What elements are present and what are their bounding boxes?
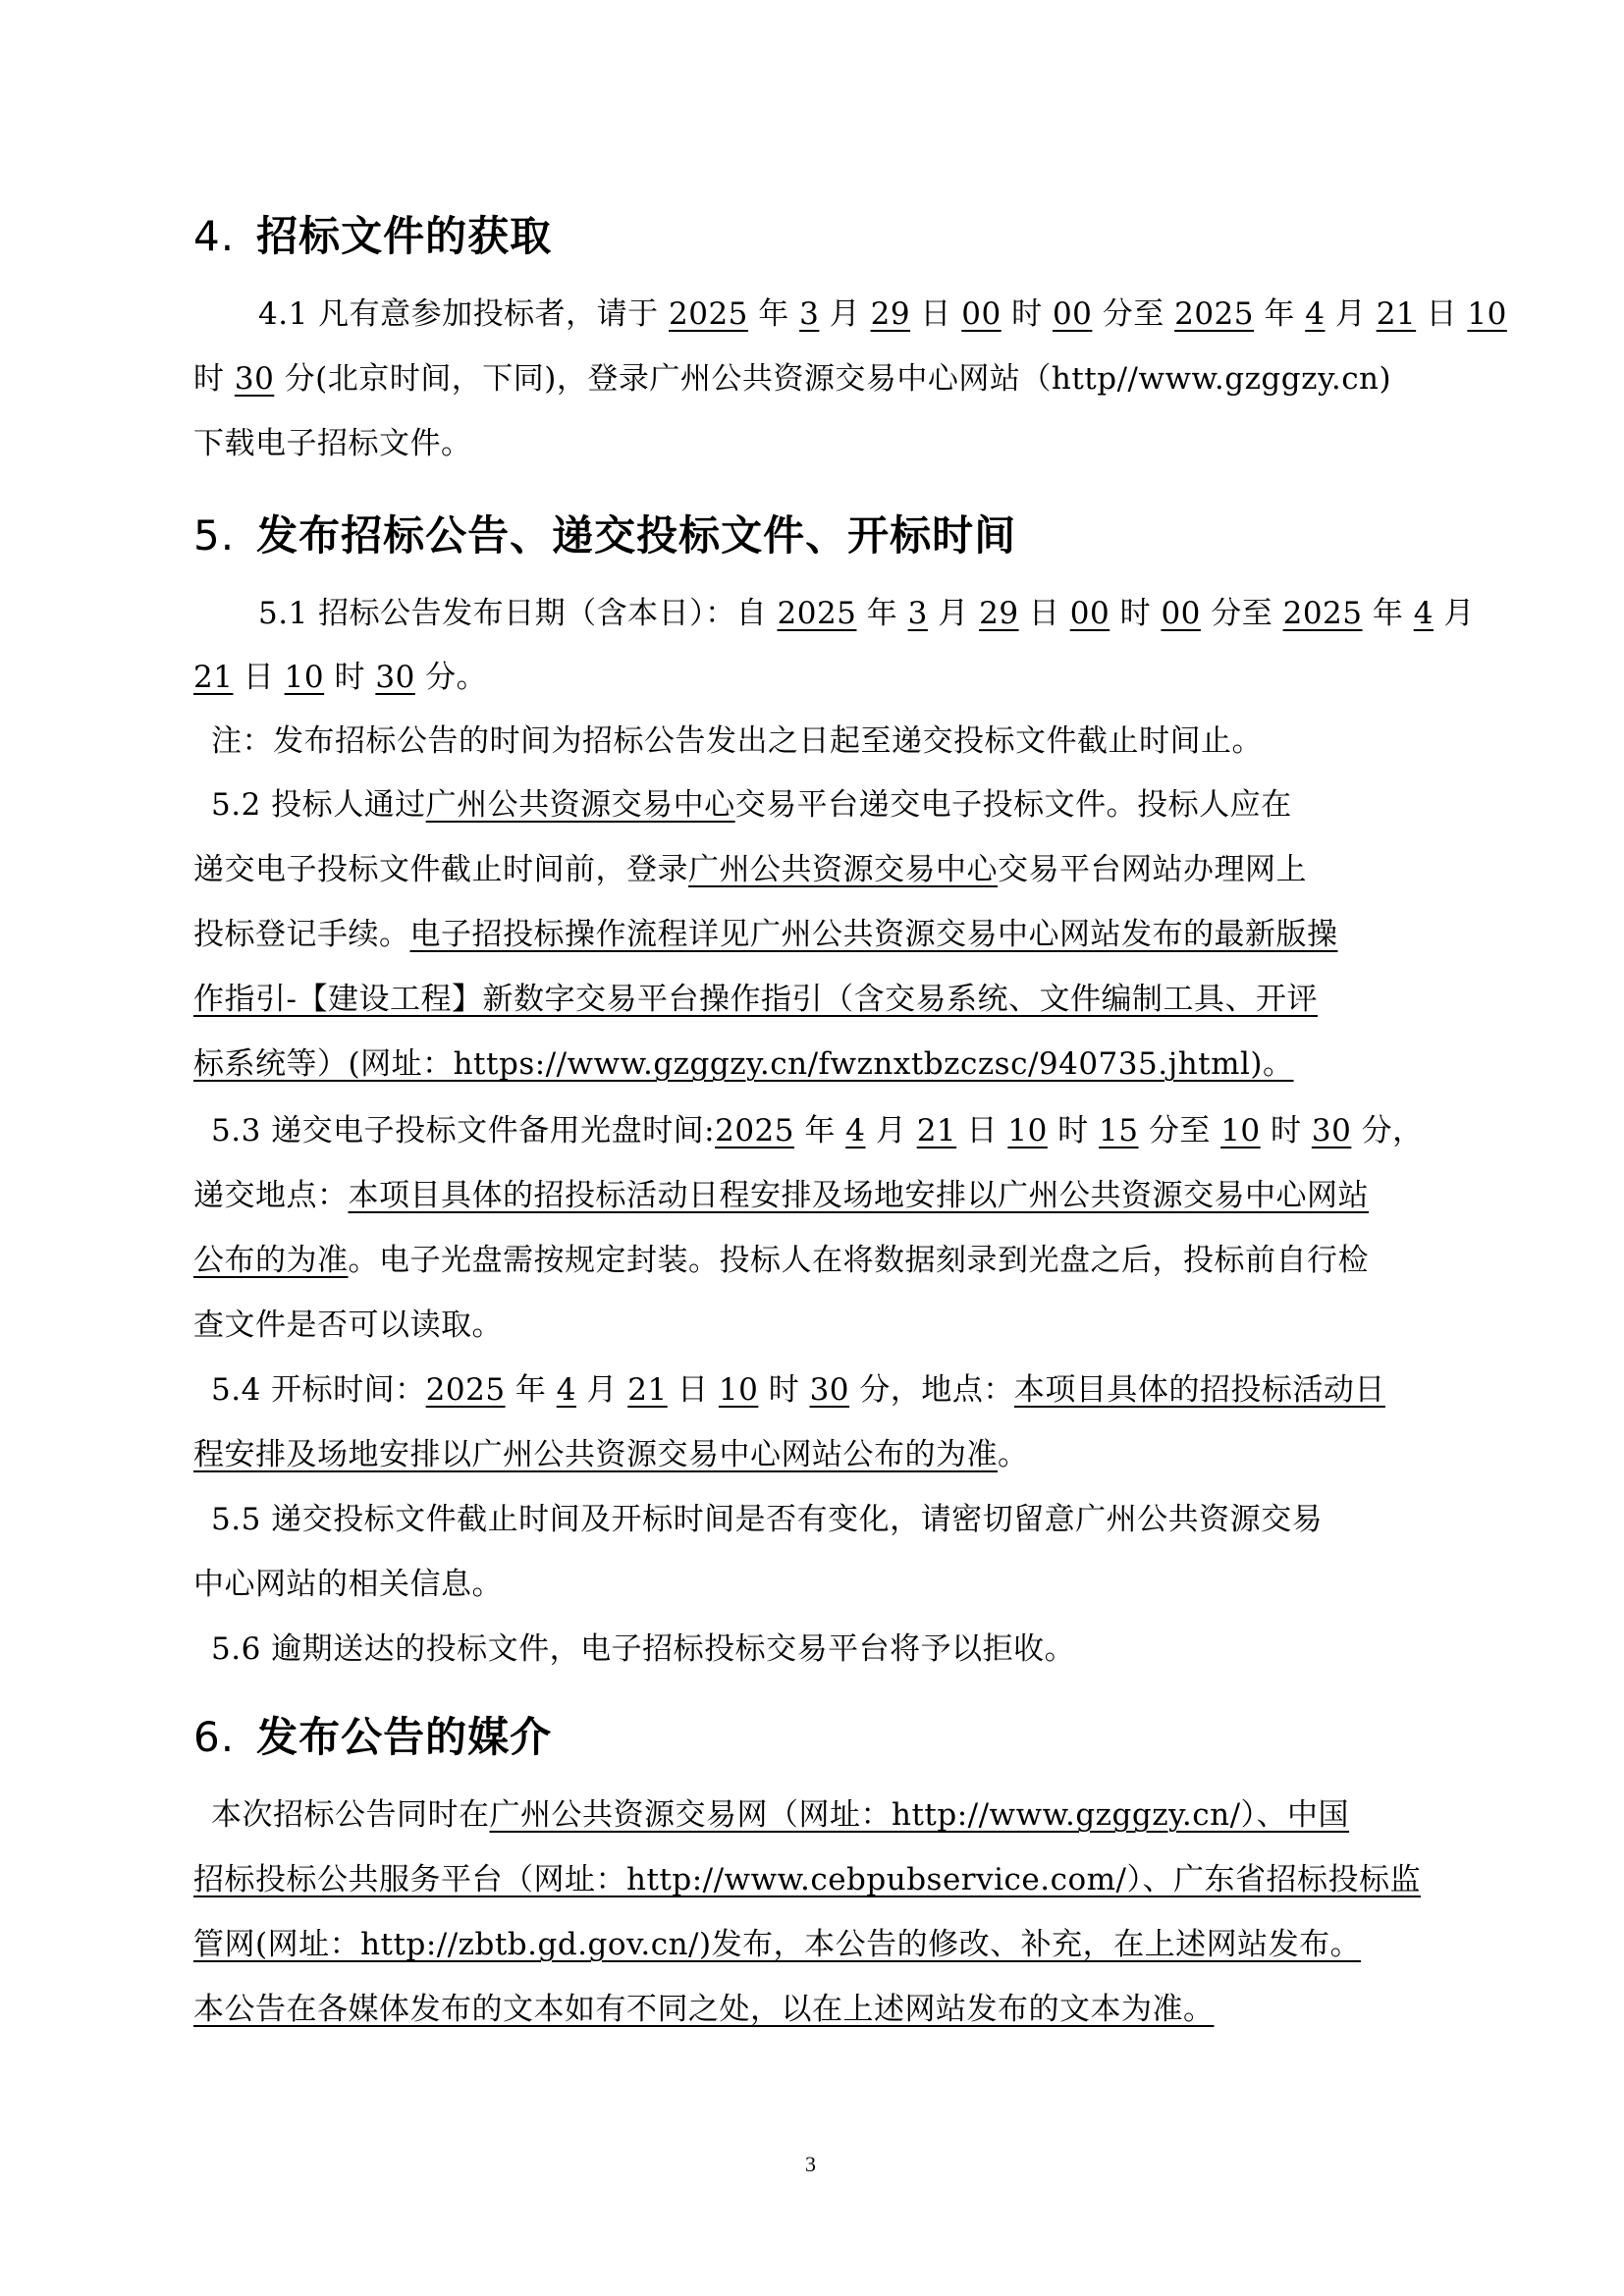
underlined-text: 2025	[669, 296, 748, 332]
text-segment: 。电子光盘需按规定封装。投标人在将数据刻录到光盘之后，投标前自行检	[349, 1243, 1370, 1278]
text-segment: 时	[1110, 596, 1161, 631]
underlined-text: 3	[908, 596, 928, 631]
text-segment: 5.4 开标时间：	[211, 1372, 426, 1408]
underlined-text: 管网(网址：http://zbtb.gd.gov.cn/)发布，本公告的修改、补…	[193, 1927, 1361, 1962]
text-segment: 月	[1434, 596, 1475, 631]
text-segment: 投标登记手续。	[193, 917, 410, 952]
text-segment: 月	[1325, 296, 1376, 332]
text-segment: 月	[819, 296, 870, 332]
underlined-text: 广州公共资源交易中心	[426, 787, 735, 823]
underlined-text: 21	[193, 660, 233, 695]
underlined-text: 公布的为准	[193, 1243, 349, 1278]
text-line: 招标投标公共服务平台（网址：http://www.cebpubservice.c…	[193, 1858, 1421, 1901]
text-segment: 时	[193, 361, 235, 397]
underlined-text: 2025	[715, 1113, 794, 1148]
text-segment: 日	[910, 296, 961, 332]
text-segment: 年	[748, 296, 799, 332]
underlined-text: 00	[961, 296, 1001, 332]
text-line: 递交地点：本项目具体的招投标活动日程安排及场地安排以广州公共资源交易中心网站	[193, 1174, 1369, 1217]
underlined-text: 10	[1467, 296, 1506, 332]
text-segment: 时	[1261, 1113, 1312, 1148]
text-segment: 年	[856, 596, 907, 631]
text-segment: 日	[668, 1372, 719, 1408]
underlined-text: 30	[1312, 1113, 1351, 1148]
text-segment: 5.6 逾期送达的投标文件，电子招标投标交易平台将予以拒收。	[211, 1631, 1075, 1667]
underlined-text: 30	[375, 660, 414, 695]
text-segment: 月	[928, 596, 979, 631]
text-segment: 时	[324, 660, 375, 695]
underlined-text: 广州公共资源交易中心	[688, 852, 998, 887]
text-segment: 5.5 递交投标文件截止时间及开标时间是否有变化，请密切留意广州公共资源交易	[211, 1502, 1323, 1537]
underlined-text: 4	[1414, 596, 1434, 631]
section-title: 发布招标公告、递交投标文件、开标时间	[256, 511, 1016, 560]
underlined-text: 4	[1305, 296, 1325, 332]
text-segment: 交易平台递交电子投标文件。投标人应在	[735, 787, 1292, 823]
underlined-text: 30	[810, 1372, 849, 1408]
underlined-text: 3	[799, 296, 819, 332]
page-number: 3	[805, 2152, 816, 2177]
text-line: 5.5 递交投标文件截止时间及开标时间是否有变化，请密切留意广州公共资源交易	[211, 1498, 1323, 1541]
underlined-text: 电子招投标操作流程详见广州公共资源交易中心网站发布的最新版操	[410, 917, 1338, 952]
underlined-text: 4	[845, 1113, 865, 1148]
underlined-text: 2025	[426, 1372, 506, 1408]
text-line: 递交电子投标文件截止时间前，登录广州公共资源交易中心交易平台网站办理网上	[193, 848, 1307, 891]
text-line: 注：发布招标公告的时间为招标公告发出之日起至递交投标文件截止时间止。	[211, 720, 1263, 763]
underlined-text: 本公告在各媒体发布的文本如有不同之处，以在上述网站发布的文本为准。	[193, 1992, 1215, 2027]
text-line: 本公告在各媒体发布的文本如有不同之处，以在上述网站发布的文本为准。	[193, 1988, 1215, 2031]
underlined-text: 30	[235, 361, 274, 397]
text-line: 投标登记手续。电子招投标操作流程详见广州公共资源交易中心网站发布的最新版操	[193, 913, 1338, 956]
text-segment: 年	[506, 1372, 557, 1408]
text-line: 中心网站的相关信息。	[193, 1563, 503, 1606]
text-segment: 时	[1048, 1113, 1099, 1148]
underlined-text: 4	[557, 1372, 576, 1408]
text-segment: 分。	[415, 660, 487, 695]
section-number: 5.	[193, 511, 235, 560]
text-segment: 分至	[1201, 596, 1283, 631]
section-number: 4.	[193, 212, 235, 260]
underlined-text: 10	[1220, 1113, 1260, 1148]
text-line: 查文件是否可以读取。	[193, 1304, 503, 1347]
text-segment: 分至	[1138, 1113, 1220, 1148]
underlined-text: 2025	[778, 596, 857, 631]
underlined-text: 标系统等）(网址：https://www.gzggzy.cn/fwznxtbzc…	[193, 1046, 1294, 1082]
text-line: 作指引-【建设工程】新数字交易平台操作指引（含交易系统、文件编制工具、开评	[193, 978, 1318, 1021]
underlined-text: 10	[719, 1372, 758, 1408]
underlined-text: 29	[979, 596, 1018, 631]
text-line: 5.3 递交电子投标文件备用光盘时间:2025 年 4 月 21 日 10 时 …	[211, 1109, 1424, 1152]
text-segment: 。	[998, 1437, 1029, 1472]
section-title: 招标文件的获取	[256, 212, 552, 260]
text-line: 管网(网址：http://zbtb.gd.gov.cn/)发布，本公告的修改、补…	[193, 1923, 1361, 1966]
underlined-text: 10	[1007, 1113, 1047, 1148]
text-segment: 日	[956, 1113, 1007, 1148]
text-segment: 5.1 招标公告发布日期（含本日）：自	[258, 596, 778, 631]
text-line: 标系统等）(网址：https://www.gzggzy.cn/fwznxtbzc…	[193, 1042, 1294, 1086]
text-segment: 日	[1416, 296, 1467, 332]
text-segment: 日	[233, 660, 284, 695]
text-segment: 年	[1254, 296, 1305, 332]
underlined-text: 21	[627, 1372, 667, 1408]
section-number: 6.	[193, 1713, 235, 1761]
text-segment: 年	[1363, 596, 1414, 631]
underlined-text: 29	[871, 296, 910, 332]
text-segment: 交易平台网站办理网上	[998, 852, 1307, 887]
text-segment: 5.3 递交电子投标文件备用光盘时间:	[211, 1113, 715, 1148]
underlined-text: 15	[1099, 1113, 1138, 1148]
text-segment: 日	[1019, 596, 1070, 631]
text-segment: 本次招标公告同时在	[211, 1797, 490, 1833]
underlined-text: 2025	[1174, 296, 1254, 332]
text-line: 5.6 逾期送达的投标文件，电子招标投标交易平台将予以拒收。	[211, 1628, 1075, 1671]
text-segment: 递交电子投标文件截止时间前，登录	[193, 852, 688, 887]
underlined-text: 00	[1053, 296, 1092, 332]
text-line: 5.2 投标人通过广州公共资源交易中心交易平台递交电子投标文件。投标人应在	[211, 783, 1292, 827]
text-segment: 分至	[1092, 296, 1174, 332]
text-segment: 分，	[1351, 1113, 1423, 1148]
text-segment: 月	[576, 1372, 627, 1408]
text-segment: 月	[865, 1113, 916, 1148]
text-segment: 时	[758, 1372, 809, 1408]
text-line: 时 30 分(北京时间，下同)，登录广州公共资源交易中心网站（http//www…	[193, 357, 1391, 400]
text-segment: 中心网站的相关信息。	[193, 1567, 503, 1602]
text-segment: 分(北京时间，下同)，登录广州公共资源交易中心网站（http//www.gzgg…	[274, 361, 1391, 397]
text-segment: 下载电子招标文件。	[193, 426, 472, 461]
underlined-text: 00	[1070, 596, 1110, 631]
section-5-heading: 5.发布招标公告、递交投标文件、开标时间	[193, 508, 1016, 563]
underlined-text: 00	[1161, 596, 1200, 631]
text-line: 5.1 招标公告发布日期（含本日）：自 2025 年 3 月 29 日 00 时…	[258, 592, 1475, 635]
underlined-text: 广州公共资源交易网（网址：http://www.gzggzy.cn/）、中国	[490, 1797, 1350, 1833]
text-segment: 分，地点：	[849, 1372, 1014, 1408]
underlined-text: 本项目具体的招投标活动日	[1014, 1372, 1385, 1408]
text-segment: 查文件是否可以读取。	[193, 1308, 503, 1343]
text-segment: 5.2 投标人通过	[211, 787, 426, 823]
text-line: 下载电子招标文件。	[193, 422, 472, 465]
underlined-text: 2025	[1283, 596, 1363, 631]
text-line: 21 日 10 时 30 分。	[193, 656, 487, 699]
underlined-text: 21	[1377, 296, 1416, 332]
text-segment: 年	[794, 1113, 845, 1148]
text-segment: 递交地点：	[193, 1178, 349, 1213]
underlined-text: 10	[285, 660, 324, 695]
text-segment: 注：发布招标公告的时间为招标公告发出之日起至递交投标文件截止时间止。	[211, 723, 1263, 759]
underlined-text: 21	[917, 1113, 956, 1148]
underlined-text: 程安排及场地安排以广州公共资源交易中心网站公布的为准	[193, 1437, 998, 1472]
text-line: 程安排及场地安排以广州公共资源交易中心网站公布的为准。	[193, 1433, 1029, 1476]
section-6-heading: 6.发布公告的媒介	[193, 1710, 552, 1765]
text-line: 5.4 开标时间：2025 年 4 月 21 日 10 时 30 分，地点：本项…	[211, 1368, 1385, 1412]
underlined-text: 作指引-【建设工程】新数字交易平台操作指引（含交易系统、文件编制工具、开评	[193, 982, 1318, 1017]
text-line: 4.1 凡有意参加投标者，请于 2025 年 3 月 29 日 00 时 00 …	[258, 293, 1507, 336]
underlined-text: 招标投标公共服务平台（网址：http://www.cebpubservice.c…	[193, 1862, 1421, 1897]
underlined-text: 本项目具体的招投标活动日程安排及场地安排以广州公共资源交易中心网站	[349, 1178, 1370, 1213]
text-line: 本次招标公告同时在广州公共资源交易网（网址：http://www.gzggzy.…	[211, 1793, 1349, 1837]
section-4-heading: 4.招标文件的获取	[193, 209, 552, 264]
section-title: 发布公告的媒介	[256, 1713, 552, 1761]
text-segment: 时	[1001, 296, 1053, 332]
text-line: 公布的为准。电子光盘需按规定封装。投标人在将数据刻录到光盘之后，投标前自行检	[193, 1239, 1369, 1282]
document-page: 4.招标文件的获取 4.1 凡有意参加投标者，请于 2025 年 3 月 29 …	[0, 0, 1624, 2296]
text-segment: 4.1 凡有意参加投标者，请于	[258, 296, 669, 332]
